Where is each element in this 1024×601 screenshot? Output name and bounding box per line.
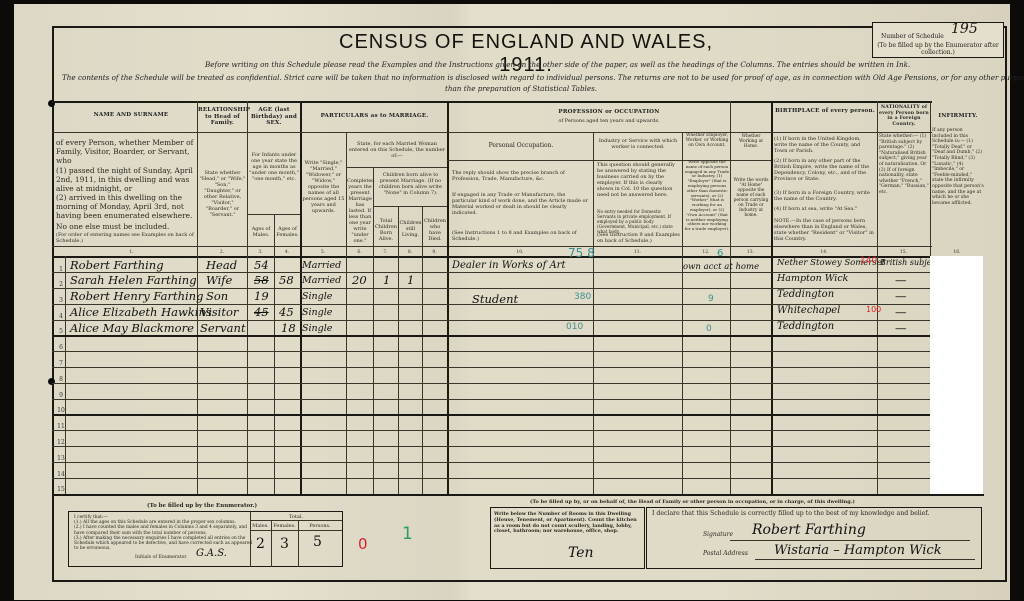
coder-mark-red: 100 xyxy=(866,305,881,314)
children-living: 1 xyxy=(407,273,414,287)
col-age-title: AGE (last Birthday) and SEX. xyxy=(248,107,300,127)
signature-line xyxy=(730,540,970,541)
col-divider xyxy=(274,214,275,494)
col-divider xyxy=(771,101,773,494)
col-divider xyxy=(877,101,878,494)
col-name-desc5: (For order of entering names see Example… xyxy=(56,232,196,244)
total-rule xyxy=(250,530,342,531)
col-industry: Industry or Service with which worker is… xyxy=(595,138,681,150)
col-nationality-title: NATIONALITY of every Person born in a Fo… xyxy=(878,105,930,127)
col-divider xyxy=(65,256,66,494)
col-marriage-write: Write "Single," "Married," "Widower," or… xyxy=(302,160,345,214)
row-number: 11 xyxy=(57,423,65,430)
certify-3: (3.) After making the necessary enquirie… xyxy=(74,536,254,552)
confidential-line-2: than the preparation of Statistical Tabl… xyxy=(445,84,597,93)
col-personal-desc1: The reply should show the precise branch… xyxy=(452,170,590,182)
col-industry-note: No entry needed for Domestic Servants in… xyxy=(597,209,680,234)
colnum: 1. xyxy=(66,250,197,255)
birthplace: Hampton Wick xyxy=(777,273,848,284)
colnum: 3. xyxy=(247,250,274,255)
schedule-number-box: Number of Schedule 195 (To be filled up … xyxy=(872,22,1004,58)
row-rule xyxy=(52,430,930,431)
males-label: Males. xyxy=(250,523,271,529)
rooms-count: Ten xyxy=(568,545,594,561)
row-number: 2 xyxy=(57,281,65,288)
coder-mark-blue: 010 xyxy=(566,322,583,332)
header-sub-rule xyxy=(52,132,932,133)
row-rule xyxy=(52,462,930,463)
children-total: 1 xyxy=(383,273,390,287)
row-number: 15 xyxy=(57,486,65,493)
person-name: Robert Farthing xyxy=(70,258,164,272)
row-number: 9 xyxy=(57,392,65,399)
col-employer-desc: Write opposite the name of each person e… xyxy=(684,160,730,232)
certify-2: (2.) I have counted the males and female… xyxy=(74,525,254,535)
occupation: Dealer in Works of Art xyxy=(452,260,565,271)
col-industry-see: (See Instruction 9 and Examples on back … xyxy=(597,232,680,244)
employment-status: own acct at home xyxy=(683,262,759,272)
row-number: 10 xyxy=(57,407,65,414)
col-marriage-state: State, for each Married Woman entered on… xyxy=(348,141,446,159)
row-number: 5 xyxy=(57,328,65,335)
row-number: 8 xyxy=(57,376,65,383)
signature-label: Signature xyxy=(703,532,733,538)
coder-mark-green: 1 xyxy=(402,524,413,544)
col-divider xyxy=(373,167,374,494)
col-name-title: NAME AND SURNAME xyxy=(66,112,196,119)
header-sub-rule xyxy=(373,206,447,207)
col-name-desc1: of every Person, whether Member of Famil… xyxy=(56,138,196,165)
col-birthplace-note: NOTE.—In the case of persons born elsewh… xyxy=(774,218,874,242)
header-top-rule xyxy=(52,101,932,103)
row-number: 6 xyxy=(57,344,65,351)
initials-label: Initials of Enumerator xyxy=(135,555,187,561)
col-divider xyxy=(930,101,931,256)
coder-mark-blue: 75 8 xyxy=(568,246,595,260)
row-number: 7 xyxy=(57,360,65,367)
coder-mark-red: 140 xyxy=(860,256,877,266)
address-line xyxy=(755,559,975,560)
person-name: Robert Henry Farthing xyxy=(70,289,203,303)
occupation: Student xyxy=(472,292,518,306)
colnum-top-rule xyxy=(52,246,932,247)
header-sub-rule xyxy=(247,214,300,215)
age-male: 54 xyxy=(254,258,269,272)
persons-label: Persons. xyxy=(298,523,342,529)
row-rule xyxy=(52,335,930,337)
table-bottom-rule xyxy=(52,494,984,496)
age-female: 18 xyxy=(281,321,296,335)
row-number: 12 xyxy=(57,439,65,446)
row-rule xyxy=(52,399,930,400)
females-label: Females. xyxy=(271,523,298,529)
relationship: Servant xyxy=(200,321,246,335)
relationship: Son xyxy=(206,289,228,303)
col-name-desc2: (1) passed the night of Sunday, April 2n… xyxy=(56,166,196,193)
enumerator-initials: G.A.S. xyxy=(196,548,227,559)
col-profession-title: PROFESSION or OCCUPATION xyxy=(449,109,769,116)
age-male-struck: 45 xyxy=(254,305,269,319)
row-number: 13 xyxy=(57,455,65,462)
marriage-status: Single xyxy=(302,291,332,302)
coder-mark-red: 0 xyxy=(358,535,368,553)
col-personal-occupation: Personal Occupation. xyxy=(449,143,593,149)
colnum: 8. xyxy=(398,250,422,255)
col-name-desc3: (2) arrived in this dwelling on the morn… xyxy=(56,193,196,220)
colnum: 4. xyxy=(274,250,300,255)
colnum: 15. xyxy=(877,250,930,255)
col-age-females: Ages of Females. xyxy=(275,226,300,238)
relationship: Head xyxy=(206,258,237,272)
age-female: 45 xyxy=(279,305,294,319)
col-marriage-title: PARTICULARS as to MARRIAGE. xyxy=(302,113,447,120)
total-persons: 5 xyxy=(313,534,322,550)
col-industry-desc: This question should generally be answer… xyxy=(597,162,680,198)
col-marriage-children: Children born alive to present Marriage.… xyxy=(375,172,446,196)
marriage-years: 20 xyxy=(352,273,367,287)
marriage-status: Married xyxy=(302,275,341,286)
row-number: 14 xyxy=(57,471,65,478)
colnum: 13. xyxy=(730,250,771,255)
coder-mark-blue: 380 xyxy=(574,292,591,302)
total-label: Total. xyxy=(250,514,342,520)
age-male: 19 xyxy=(254,289,269,303)
col-marriage-total: Total Children Born Alive. xyxy=(374,218,398,242)
total-rule xyxy=(250,520,342,521)
coder-mark-blue: 9 xyxy=(708,294,714,304)
col-infirmity-title: INFIRMITY. xyxy=(931,113,985,120)
age-female: 58 xyxy=(279,273,294,287)
col-home-desc: Write the words "At Home" opposite the n… xyxy=(732,178,770,218)
address-label: Postal Address xyxy=(703,551,748,557)
person-name: Alice Elizabeth Hawkins xyxy=(70,305,212,319)
col-age-males: Ages of Males. xyxy=(248,226,274,238)
person-name: Sarah Helen Farthing xyxy=(70,273,197,287)
row-number: 4 xyxy=(57,313,65,320)
colnum: 6. xyxy=(346,250,373,255)
col-birthplace-p3: (3) If born in a Foreign Country, write … xyxy=(774,190,874,202)
instruction-line: Before writing on this Schedule please r… xyxy=(205,60,910,69)
col-relationship-desc: State whether "Head," or "Wife," "Son," … xyxy=(199,170,246,218)
total-males: 2 xyxy=(256,536,265,552)
household-heading: (To be filled up by, or on behalf of, th… xyxy=(530,499,980,505)
col-birthplace-p4: (4) If born at sea, write "At Sea." xyxy=(774,206,874,212)
rooms-instructions: Write below the Number of Rooms in this … xyxy=(494,512,642,535)
birthplace: Whitechapel xyxy=(777,305,840,316)
col-age-desc: For Infants under one year state the age… xyxy=(249,152,299,182)
colnum: 5. xyxy=(300,250,346,255)
col-personal-desc2: If engaged in any Trade or Manufacture, … xyxy=(452,192,590,216)
marriage-status: Married xyxy=(302,260,341,271)
row-rule xyxy=(52,414,930,416)
age-male-struck: 58 xyxy=(254,273,269,287)
row-number: 3 xyxy=(57,297,65,304)
col-divider xyxy=(247,101,248,494)
colnum: 7. xyxy=(373,250,398,255)
colnum: 16. xyxy=(930,250,984,255)
colnum: 11. xyxy=(593,250,682,255)
schedule-label: Number of Schedule xyxy=(881,33,944,40)
nationality: — xyxy=(895,289,907,303)
col-birthplace-p2: (2) If born in any other part of the Bri… xyxy=(774,158,874,182)
colnum: 14. xyxy=(771,250,877,255)
row-rule xyxy=(52,478,930,479)
col-employer: Whether Employer, Worker, or Working on … xyxy=(684,133,730,148)
nationality: — xyxy=(895,305,907,319)
enumerator-heading: (To be filled up by the Enumerator.) xyxy=(147,503,257,509)
postal-address: Wistaria – Hampton Wick xyxy=(774,543,942,558)
enumerator-certify: I certify that:— (1.) All the ages on th… xyxy=(74,515,254,551)
header-sub-rule xyxy=(346,167,447,168)
birthplace: Teddington xyxy=(777,289,834,300)
relationship: Wife xyxy=(206,273,232,287)
col-home: Whether Working at Home. xyxy=(732,134,770,149)
col-marriage-completed: Completed years the present Marriage has… xyxy=(347,178,373,244)
col-name-desc4: No one else must be included. xyxy=(56,222,196,231)
declaration-text: I declare that this Schedule is correctl… xyxy=(652,511,982,517)
coder-mark-blue: 0 xyxy=(706,324,712,334)
marriage-status: Single xyxy=(302,323,332,334)
row-rule xyxy=(52,446,930,447)
col-marriage-living: Children still Living. xyxy=(399,220,422,238)
row-rule xyxy=(52,367,930,368)
redacted-infirmity-column xyxy=(930,256,983,494)
relationship: Visitor xyxy=(200,305,238,319)
person-name: Alice May Blackmore xyxy=(70,321,194,335)
schedule-note: (To be filled up by the Enumerator after… xyxy=(877,42,999,56)
col-relationship-title: RELATIONSHIP to Head of Family. xyxy=(198,107,247,127)
nationality: — xyxy=(895,273,907,287)
col-marriage-died: Children who have Died. xyxy=(423,218,447,242)
colnum: 2. xyxy=(197,250,247,255)
nationality: — xyxy=(895,321,907,335)
row-rule xyxy=(52,351,930,352)
marriage-status: Single xyxy=(302,307,332,318)
form-title: CENSUS OF ENGLAND AND WALES, 1911. xyxy=(336,31,716,77)
signature: Robert Farthing xyxy=(752,522,866,538)
col-birthplace-title: BIRTHPLACE of every person. xyxy=(773,108,877,115)
col-infirmity-desc: If any person included in this Schedule … xyxy=(932,128,984,206)
row-number: 1 xyxy=(57,266,65,273)
col-profession-subtitle: of Persons aged ten years and upwards. xyxy=(449,118,769,124)
confidential-line: The contents of the Schedule will be tre… xyxy=(62,73,1024,82)
col-nationality-desc: State whether:— (1) "British subject by … xyxy=(879,134,929,196)
col-personal-desc3: (See Instructions 1 to 8 and Examples on… xyxy=(452,230,590,242)
row-rule xyxy=(52,383,930,384)
col-birthplace-p1: (1) If born in the United Kingdom, write… xyxy=(774,136,874,154)
birthplace: Teddington xyxy=(777,321,834,332)
schedule-number: 195 xyxy=(951,21,978,37)
coder-mark-blue: 6 xyxy=(717,248,723,259)
total-females: 3 xyxy=(280,536,289,552)
col-divider xyxy=(593,132,594,494)
colnum: 9. xyxy=(422,250,447,255)
col-divider xyxy=(682,132,683,494)
